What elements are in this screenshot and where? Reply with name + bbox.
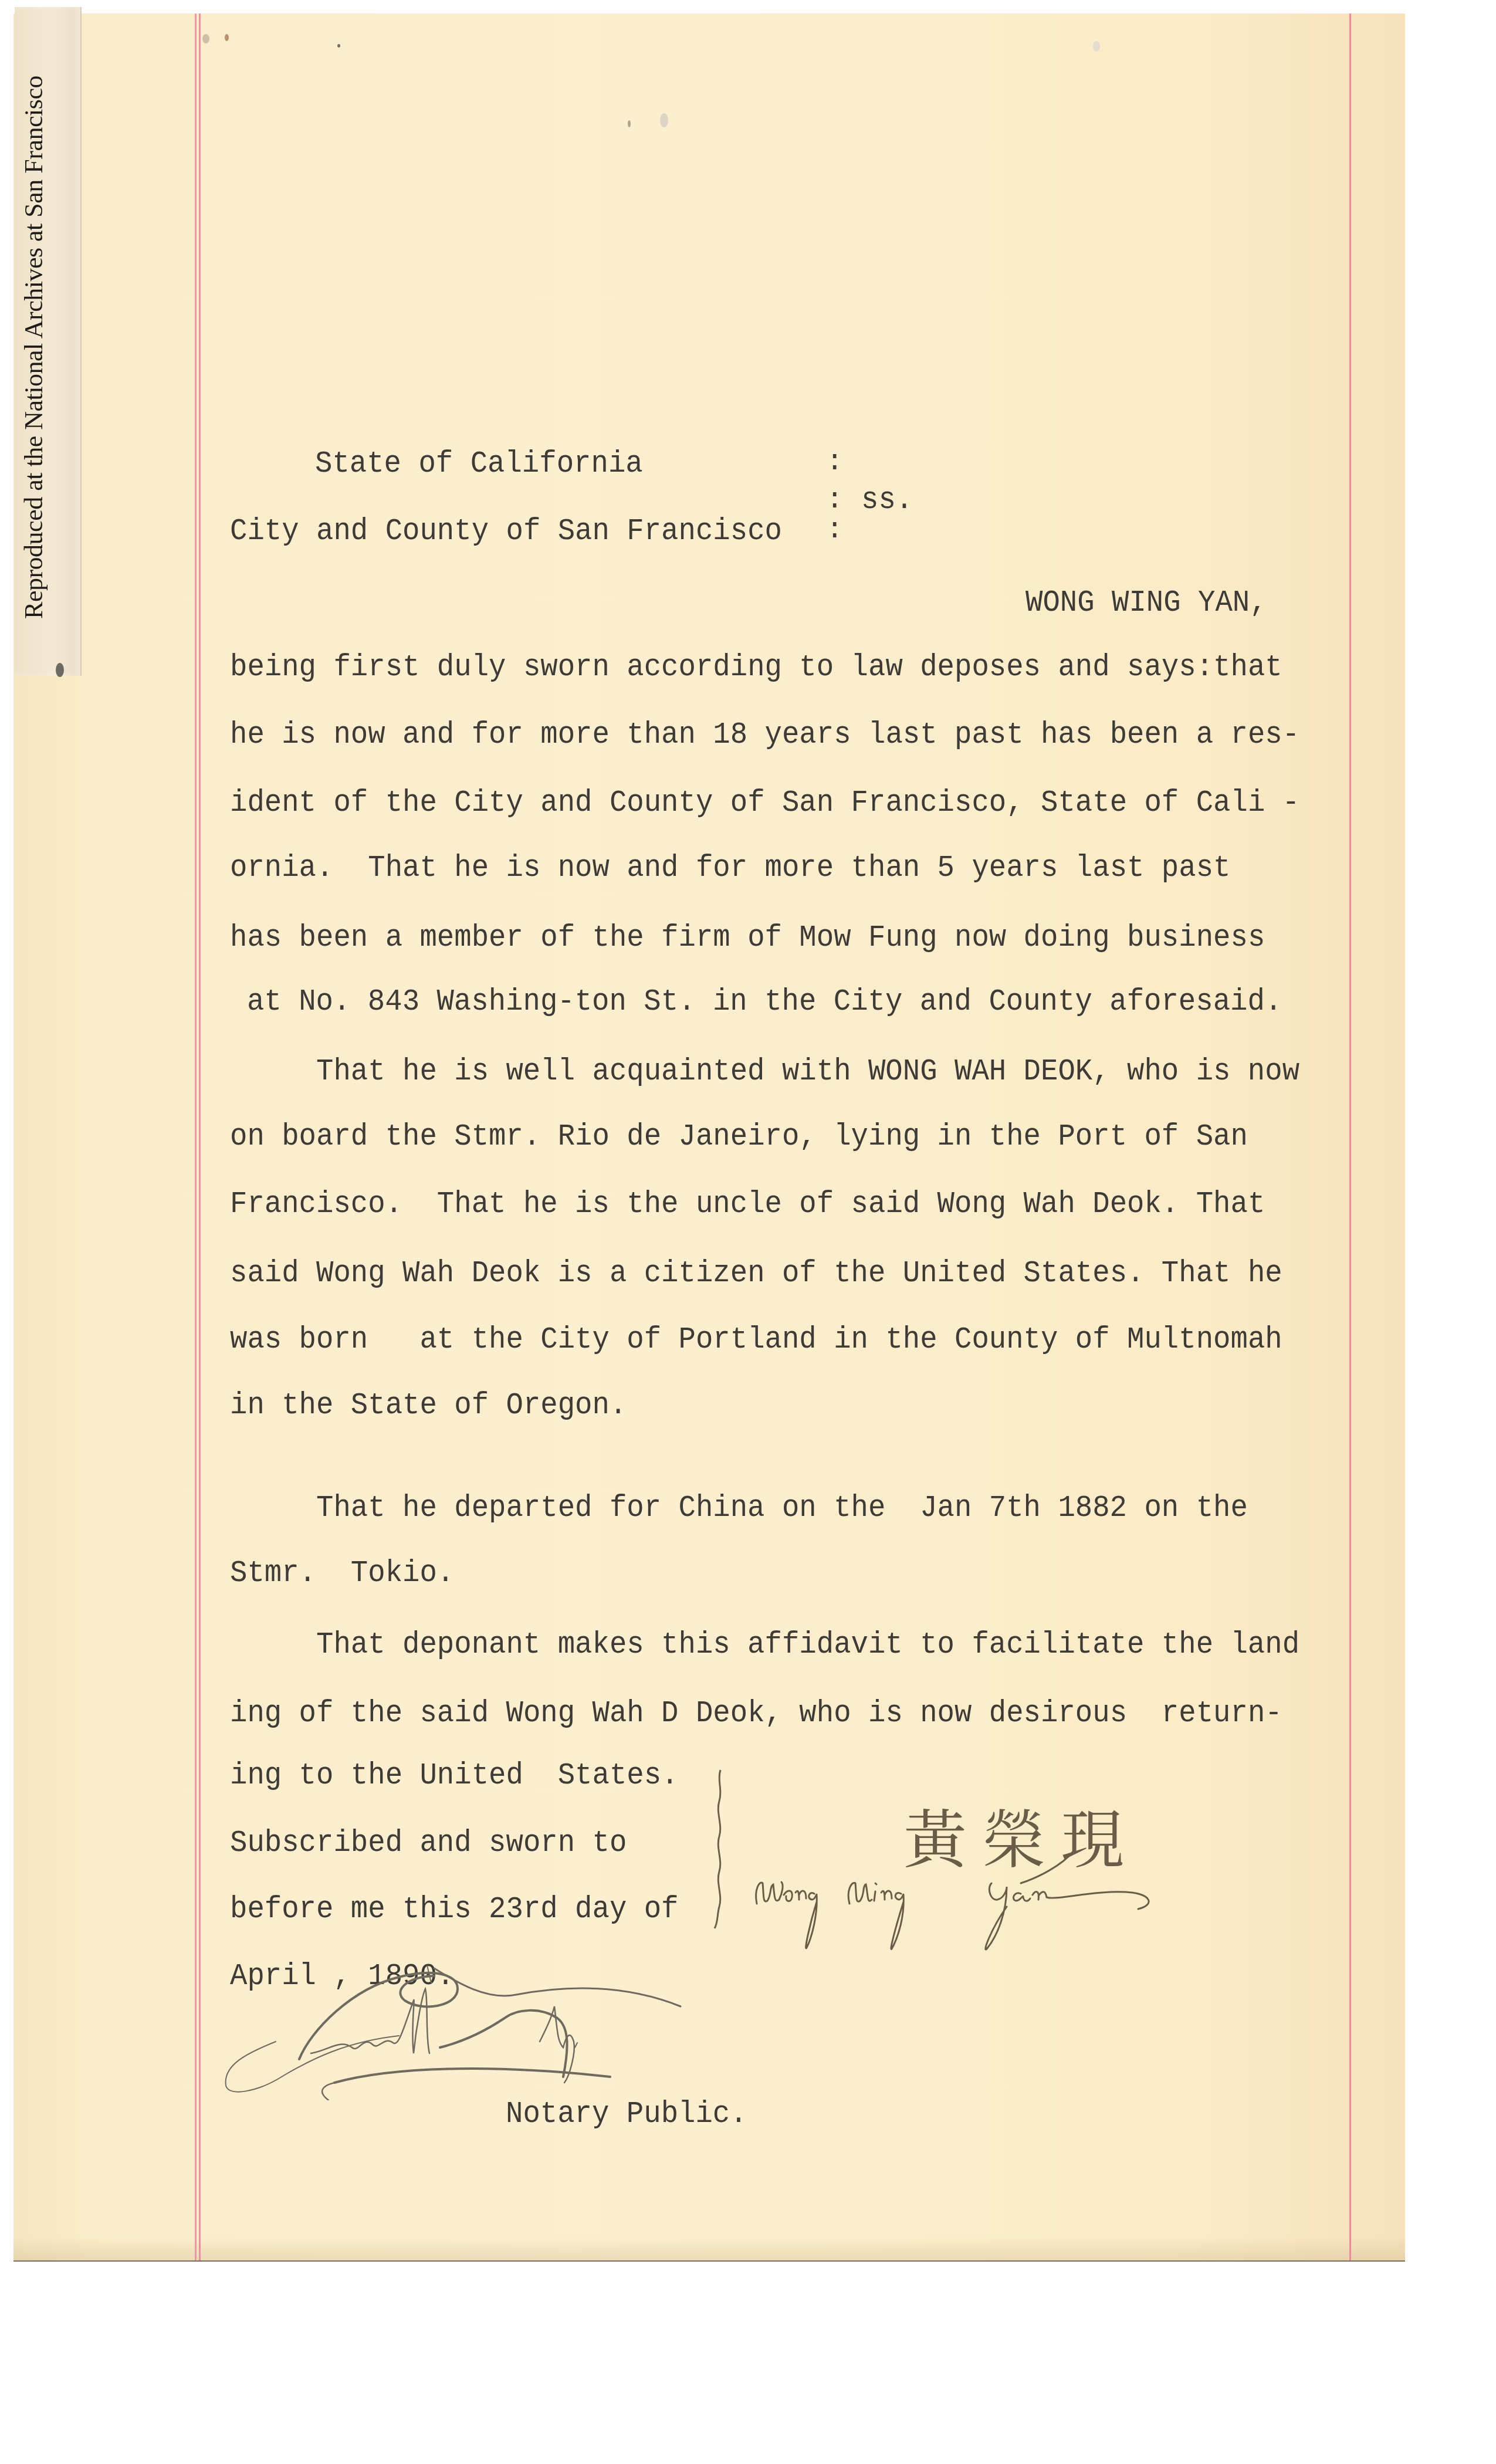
jurat-bracket xyxy=(711,1769,729,1930)
venue-colon: : xyxy=(826,486,843,515)
body-line: was born at the City of Portland in the … xyxy=(230,1325,1282,1355)
notary-title: Notary Public. xyxy=(506,2099,747,2129)
paper-speck xyxy=(337,44,340,48)
notary-signature: Gymell Sary xyxy=(211,1965,739,2100)
paper-speck xyxy=(202,34,209,43)
paper-speck xyxy=(628,120,631,127)
body-line: That deponant makes this affidavit to fa… xyxy=(316,1630,1299,1660)
left-margin-rule xyxy=(195,13,201,2260)
paper-speck xyxy=(225,34,229,41)
right-margin-rule xyxy=(1349,13,1351,2260)
venue-county: City and County of San Francisco xyxy=(230,516,782,546)
venue-ss: ss. xyxy=(861,485,913,515)
archive-label: Reproduced at the National Archives at S… xyxy=(19,76,49,619)
paper-speck xyxy=(660,113,668,127)
body-line: ident of the City and County of San Fran… xyxy=(230,788,1299,818)
body-line: has been a member of the firm of Mow Fun… xyxy=(230,923,1265,953)
tack-mark xyxy=(56,663,64,677)
affiant-name: WONG WING YAN, xyxy=(1025,588,1267,618)
body-line: That he is well acquainted with WONG WAH… xyxy=(316,1057,1299,1087)
body-line: being first duly sworn according to law … xyxy=(230,652,1282,682)
venue-colon: : xyxy=(826,516,843,544)
venue-state: State of California xyxy=(315,449,643,479)
affiant-english-signature: Wong Wing Yan xyxy=(745,1848,1261,1954)
jurat-line: Subscribed and sworn to xyxy=(230,1828,627,1858)
body-line: ing of the said Wong Wah D Deok, who is … xyxy=(230,1698,1282,1728)
body-line: on board the Stmr. Rio de Janeiro, lying… xyxy=(230,1122,1248,1152)
body-line: Stmr. Tokio. xyxy=(230,1558,454,1588)
jurat-line: before me this 23rd day of xyxy=(230,1894,679,1924)
body-line: ing to the United States. xyxy=(230,1761,679,1791)
body-line: he is now and for more than 18 years las… xyxy=(230,720,1299,750)
body-line: in the State of Oregon. xyxy=(230,1390,627,1420)
body-line: Francisco. That he is the uncle of said … xyxy=(230,1189,1265,1219)
paper-speck xyxy=(1093,41,1100,52)
venue-colon: : xyxy=(826,448,843,476)
body-line: That he departed for China on the Jan 7t… xyxy=(316,1493,1248,1523)
body-line: said Wong Wah Deok is a citizen of the U… xyxy=(230,1258,1282,1288)
body-line: ornia. That he is now and for more than … xyxy=(230,853,1230,883)
body-line: at No. 843 Washing-ton St. in the City a… xyxy=(247,987,1282,1017)
